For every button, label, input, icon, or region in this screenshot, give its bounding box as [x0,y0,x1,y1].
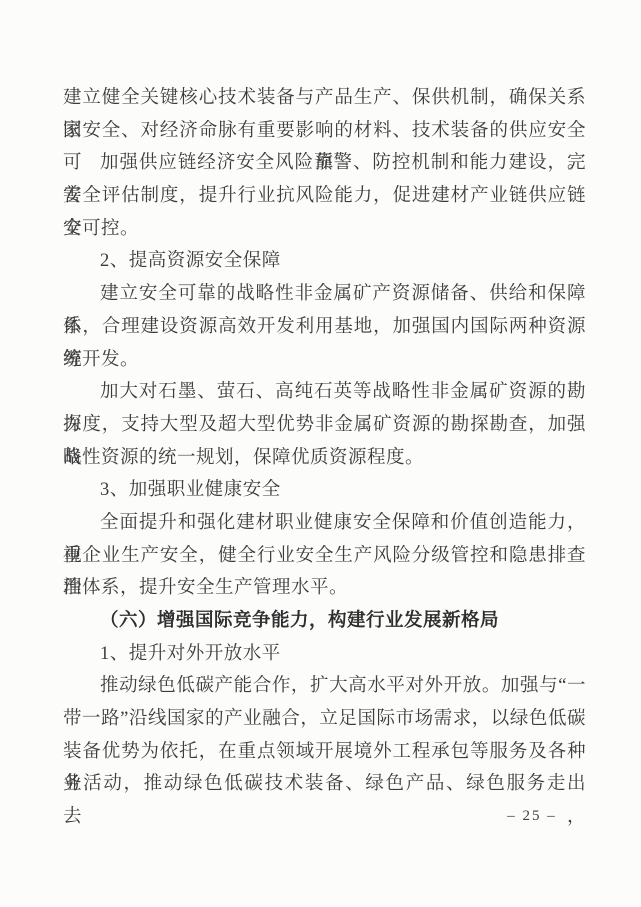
text-line: 略性资源的统一规划，保障优质资源程度。 [63,442,586,475]
section-heading-6: （六）增强国际竞争能力，构建行业发展新格局 [63,605,586,638]
text-line: 全面提升和强化建材职业健康安全保障和价值创造能力，重 [63,507,586,540]
text-line: 建立健全关键核心技术装备与产品生产、保供机制，确保关系国 [63,82,586,115]
text-line: 家安全、对经济命脉有重要影响的材料、技术装备的供应安全可靠。 [63,115,586,148]
document-page: 建立健全关键核心技术装备与产品生产、保供机制，确保关系国 家安全、对经济命脉有重… [0,0,641,907]
subheading-3-occupational-health: 3、加强职业健康安全 [63,474,586,507]
text-line: 加大对石墨、萤石、高纯石英等战略性非金属矿资源的勘探 [63,376,586,409]
text-line: 视企业生产安全，健全行业安全生产风险分级管控和隐患排查治 [63,540,586,573]
text-line: 推动绿色低碳产能合作，扩大高水平对外开放。加强与“一 [63,670,586,703]
text-line: 筹开发。 [63,344,586,377]
text-line: 带一路”沿线国家的产业融合，立足国际市场需求，以绿色低碳 [63,703,586,736]
text-line: 装备优势为依托，在重点领域开展境外工程承包等服务及各种业 [63,736,586,769]
text-line: 全可控。 [63,213,586,246]
subheading-1-opening-up: 1、提升对外开放水平 [63,638,586,671]
text-line: 理体系，提升安全生产管理水平。 [63,572,586,605]
text-line: 加强供应链经济安全风险预警、防控机制和能力建设，完善 [63,147,586,180]
subheading-2-resource-security: 2、提高资源安全保障 [63,245,586,278]
text-line: 建立安全可靠的战略性非金属矿产资源储备、供给和保障体 [63,278,586,311]
text-block: 建立健全关键核心技术装备与产品生产、保供机制，确保关系国 家安全、对经济命脉有重… [63,82,586,801]
page-number: – 25 – [494,806,570,826]
text-line: 力度，支持大型及超大型优势非金属矿资源的勘探勘查，加强战 [63,409,586,442]
text-line: 系，合理建设资源高效开发利用基地，加强国内国际两种资源统 [63,311,586,344]
text-line: 安全评估制度，提升行业抗风险能力，促进建材产业链供应链安 [63,180,586,213]
text-line: 务活动，推动绿色低碳技术装备、绿色产品、绿色服务走出去， [63,768,586,801]
